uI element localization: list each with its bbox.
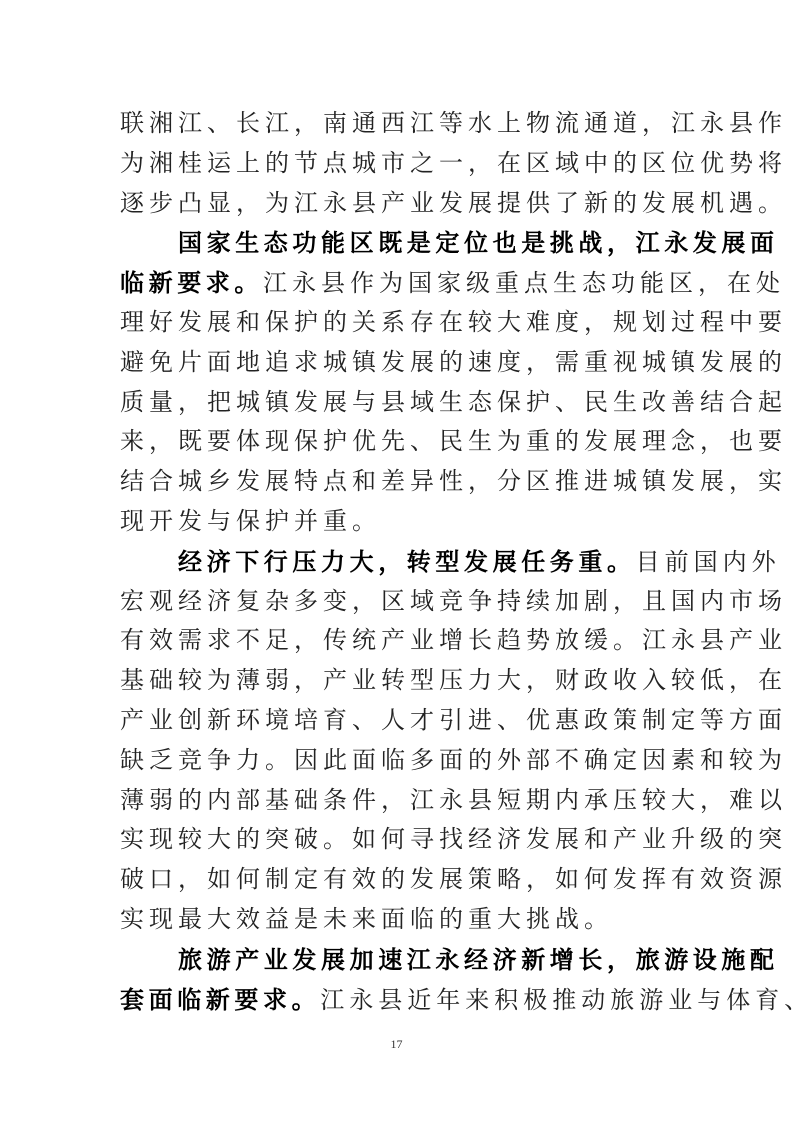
text-line: 有效需求不足，传统产业增长趋势放缓。江永县产业 bbox=[120, 621, 680, 661]
line-text: 理好发展和保护的关系存在较大难度，规划过程中要 bbox=[120, 308, 787, 336]
paragraph-heading: 经济下行压力大，转型发展任务重。 bbox=[178, 547, 636, 576]
line-text: 基础较为薄弱，产业转型压力大，财政收入较低，在 bbox=[120, 666, 787, 694]
text-line: 基础较为薄弱，产业转型压力大，财政收入较低，在 bbox=[120, 661, 680, 701]
text-line: 经济下行压力大，转型发展任务重。目前国内外 bbox=[120, 542, 680, 582]
paragraph-continuation: 联湘江、长江，南通西江等水上物流通道，江永县作 为湘桂运上的节点城市之一，在区域… bbox=[120, 104, 680, 223]
line-text: 目前国内外 bbox=[636, 548, 781, 576]
paragraph-heading: 临新要求。 bbox=[120, 268, 263, 297]
text-line: 产业创新环境培育、人才引进、优惠政策制定等方面 bbox=[120, 701, 680, 741]
text-line: 国家生态功能区既是定位也是挑战，江永发展面 bbox=[120, 223, 680, 263]
line-text: 江永县作为国家级重点生态功能区，在处 bbox=[263, 269, 785, 297]
text-line: 为湘桂运上的节点城市之一，在区域中的区位优势将 bbox=[120, 144, 680, 184]
line-text: 现开发与保护并重。 bbox=[120, 507, 381, 535]
line-text: 宏观经济复杂多变，区域竞争持续加剧，且国内市场 bbox=[120, 587, 787, 615]
line-text: 实现较大的突破。如何寻找经济发展和产业升级的突 bbox=[120, 825, 787, 853]
text-line: 结合城乡发展特点和差异性，分区推进城镇发展，实 bbox=[120, 462, 680, 502]
line-text: 避免片面地追求城镇发展的速度，需重视城镇发展的 bbox=[120, 348, 787, 376]
line-text: 联湘江、长江，南通西江等水上物流通道，江永县作 bbox=[120, 109, 787, 137]
paragraph-heading: 套面临新要求。 bbox=[120, 985, 320, 1014]
text-line: 联湘江、长江，南通西江等水上物流通道，江永县作 bbox=[120, 104, 680, 144]
text-line: 破口，如何制定有效的发展策略，如何发挥有效资源 bbox=[120, 860, 680, 900]
document-page: 联湘江、长江，南通西江等水上物流通道，江永县作 为湘桂运上的节点城市之一，在区域… bbox=[0, 0, 793, 1122]
paragraph-heading: 旅游产业发展加速江永经济新增长，旅游设施配 bbox=[178, 945, 779, 974]
text-line: 避免片面地追求城镇发展的速度，需重视城镇发展的 bbox=[120, 343, 680, 383]
text-line: 实现最大效益是未来面临的重大挑战。 bbox=[120, 900, 680, 940]
line-text: 产业创新环境培育、人才引进、优惠政策制定等方面 bbox=[120, 706, 787, 734]
text-line: 缺乏竞争力。因此面临多面的外部不确定因素和较为 bbox=[120, 741, 680, 781]
text-line: 临新要求。江永县作为国家级重点生态功能区，在处 bbox=[120, 263, 680, 303]
line-text: 结合城乡发展特点和差异性，分区推进城镇发展，实 bbox=[120, 467, 787, 495]
line-text: 为湘桂运上的节点城市之一，在区域中的区位优势将 bbox=[120, 149, 787, 177]
line-text: 逐步凸显，为江永县产业发展提供了新的发展机遇。 bbox=[120, 189, 787, 217]
line-text: 实现最大效益是未来面临的重大挑战。 bbox=[120, 905, 613, 933]
line-text: 薄弱的内部基础条件，江永县短期内承压较大，难以 bbox=[120, 786, 787, 814]
text-line: 宏观经济复杂多变，区域竞争持续加剧，且国内市场 bbox=[120, 582, 680, 622]
text-line: 实现较大的突破。如何寻找经济发展和产业升级的突 bbox=[120, 820, 680, 860]
line-text: 破口，如何制定有效的发展策略，如何发挥有效资源 bbox=[120, 865, 787, 893]
text-line: 薄弱的内部基础条件，江永县短期内承压较大，难以 bbox=[120, 781, 680, 821]
text-line: 套面临新要求。江永县近年来积极推动旅游业与体育、 bbox=[120, 980, 680, 1020]
text-line: 理好发展和保护的关系存在较大难度，规划过程中要 bbox=[120, 303, 680, 343]
text-line: 旅游产业发展加速江永经济新增长，旅游设施配 bbox=[120, 940, 680, 980]
line-text: 质量，把城镇发展与县域生态保护、民生改善结合起 bbox=[120, 388, 787, 416]
line-text: 来，既要体现保护优先、民生为重的发展理念，也要 bbox=[120, 427, 787, 455]
line-text: 缺乏竞争力。因此面临多面的外部不确定因素和较为 bbox=[120, 746, 787, 774]
paragraph-heading: 国家生态功能区既是定位也是挑战，江永发展面 bbox=[178, 228, 779, 257]
text-line: 来，既要体现保护优先、民生为重的发展理念，也要 bbox=[120, 422, 680, 462]
paragraph-tourism: 旅游产业发展加速江永经济新增长，旅游设施配 套面临新要求。江永县近年来积极推动旅… bbox=[120, 940, 680, 1020]
line-text: 有效需求不足，传统产业增长趋势放缓。江永县产业 bbox=[120, 626, 787, 654]
line-text: 江永县近年来积极推动旅游业与体育、 bbox=[320, 986, 793, 1014]
text-line: 现开发与保护并重。 bbox=[120, 502, 680, 542]
paragraph-economic-pressure: 经济下行压力大，转型发展任务重。目前国内外 宏观经济复杂多变，区域竞争持续加剧，… bbox=[120, 542, 680, 940]
body-text: 联湘江、长江，南通西江等水上物流通道，江永县作 为湘桂运上的节点城市之一，在区域… bbox=[120, 104, 680, 1019]
text-line: 逐步凸显，为江永县产业发展提供了新的发展机遇。 bbox=[120, 184, 680, 224]
text-line: 质量，把城镇发展与县域生态保护、民生改善结合起 bbox=[120, 383, 680, 423]
page-number: 17 bbox=[0, 1037, 793, 1052]
paragraph-ecological-function-zone: 国家生态功能区既是定位也是挑战，江永发展面 临新要求。江永县作为国家级重点生态功… bbox=[120, 223, 680, 541]
